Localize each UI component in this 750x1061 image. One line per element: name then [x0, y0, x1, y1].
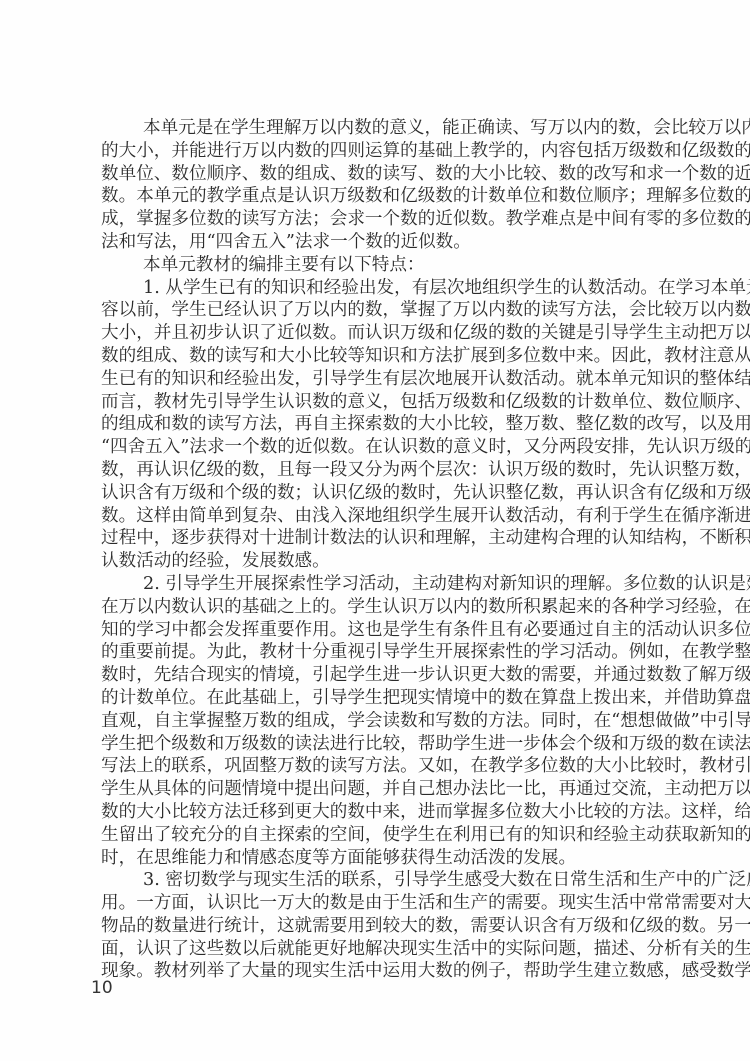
text-line: 的重要前提。为此，教材十分重视引导学生开展探索性的学习活动。例如，在教学整万: [101, 641, 657, 664]
body-text: 本单元是在学生理解万以内数的意义，能正确读、写万以内的数，会比较万以内数 的大小…: [101, 117, 657, 983]
text-line: 物品的数量进行统计，这就需要用到较大的数，需要认识含有万级和亿级的数。另一方: [101, 915, 657, 938]
text-line: 本单元教材的编排主要有以下特点：: [101, 254, 657, 277]
text-line: 过程中，逐步获得对十进制计数法的认识和理解，主动建构合理的认知结构，不断积累: [101, 527, 657, 550]
text-line: 本单元是在学生理解万以内数的意义，能正确读、写万以内的数，会比较万以内数: [101, 117, 657, 140]
text-line: 数。本单元的教学重点是认识万级数和亿级数的计数单位和数位顺序；理解多位数的组: [101, 185, 657, 208]
text-line: 在万以内数认识的基础之上的。学生认识万以内的数所积累起来的各种学习经验，在新: [101, 596, 657, 619]
document-page: 本单元是在学生理解万以内数的意义，能正确读、写万以内的数，会比较万以内数 的大小…: [0, 0, 750, 1061]
text-line: 3. 密切数学与现实生活的联系，引导学生感受大数在日常生活和生产中的广泛应: [101, 869, 657, 892]
text-line: 知的学习中都会发挥重要作用。这也是学生有条件且有必要通过自主的活动认识多位数: [101, 619, 657, 642]
text-line: 生已有的知识和经验出发，引导学生有层次地展开认数活动。就本单元知识的整体结构: [101, 368, 657, 391]
text-line: 成，掌握多位数的读写方法；会求一个数的近似数。教学难点是中间有零的多位数的读: [101, 208, 657, 231]
page-number: 10: [91, 978, 113, 998]
text-line: 现象。教材列举了大量的现实生活中运用大数的例子，帮助学生建立数感，感受数学与: [101, 960, 657, 983]
text-line: 的组成和数的读写方法，再自主探索数的大小比较，整万数、整亿数的改写，以及用: [101, 413, 657, 436]
text-line: 用。一方面，认识比一万大的数是由于生活和生产的需要。现实生活中常常需要对大宗: [101, 892, 657, 915]
text-line: 时，在思维能力和情感态度等方面能够获得生动活泼的发展。: [101, 847, 657, 870]
text-line: 学生把个级数和万级数的读法进行比较，帮助学生进一步体会个级和万级的数在读法和: [101, 733, 657, 756]
text-line: 面，认识了这些数以后就能更好地解决现实生活中的实际问题，描述、分析有关的生活: [101, 938, 657, 961]
text-line: 数，再认识亿级的数，且每一段又分为两个层次：认识万级的数时，先认识整万数，再: [101, 459, 657, 482]
text-line: 直观，自主掌握整万数的组成，学会读数和写数的方法。同时，在“想想做做”中引导: [101, 710, 657, 733]
text-line: 写法上的联系，巩固整万数的读写方法。又如，在教学多位数的大小比较时，教材引导: [101, 755, 657, 778]
text-line: 认数活动的经验，发展数感。: [101, 550, 657, 573]
text-line: 生留出了较充分的自主探索的空间，使学生在利用已有的知识和经验主动获取新知的同: [101, 824, 657, 847]
text-line: 数的组成、数的读写和大小比较等知识和方法扩展到多位数中来。因此，教材注意从学: [101, 345, 657, 368]
text-line: 的大小，并能进行万以内数的四则运算的基础上教学的，内容包括万级数和亿级数的计: [101, 140, 657, 163]
text-line: 1. 从学生已有的知识和经验出发，有层次地组织学生的认数活动。在学习本单元内: [101, 277, 657, 300]
text-line: 大小，并且初步认识了近似数。而认识万级和亿级的数的关键是引导学生主动把万以内: [101, 322, 657, 345]
text-line: 数。这样由简单到复杂、由浅入深地组织学生展开认数活动，有利于学生在循序渐进的: [101, 505, 657, 528]
text-line: 数单位、数位顺序、数的组成、数的读写、数的大小比较、数的改写和求一个数的近似: [101, 163, 657, 186]
text-line: 的计数单位。在此基础上，引导学生把现实情境中的数在算盘上拨出来，并借助算盘的: [101, 687, 657, 710]
text-line: 数的大小比较方法迁移到更大的数中来，进而掌握多位数大小比较的方法。这样，给学: [101, 801, 657, 824]
text-line: 数时，先结合现实的情境，引起学生进一步认识更大数的需要，并通过数数了解万级数: [101, 664, 657, 687]
text-line: 认识含有万级和个级的数；认识亿级的数时，先认识整亿数，再认识含有亿级和万级的: [101, 482, 657, 505]
text-line: 容以前，学生已经认识了万以内的数，掌握了万以内数的读写方法，会比较万以内数的: [101, 299, 657, 322]
text-line: 而言，教材先引导学生认识数的意义，包括万级数和亿级数的计数单位、数位顺序、数: [101, 391, 657, 414]
text-line: 2. 引导学生开展探索性学习活动，主动建构对新知识的理解。多位数的认识是建立: [101, 573, 657, 596]
text-line: “四舍五入”法求一个数的近似数。在认识数的意义时，又分两段安排，先认识万级的: [101, 436, 657, 459]
text-line: 法和写法，用“四舍五入”法求一个数的近似数。: [101, 231, 657, 254]
text-line: 学生从具体的问题情境中提出问题，并自己想办法比一比，再通过交流，主动把万以内: [101, 778, 657, 801]
